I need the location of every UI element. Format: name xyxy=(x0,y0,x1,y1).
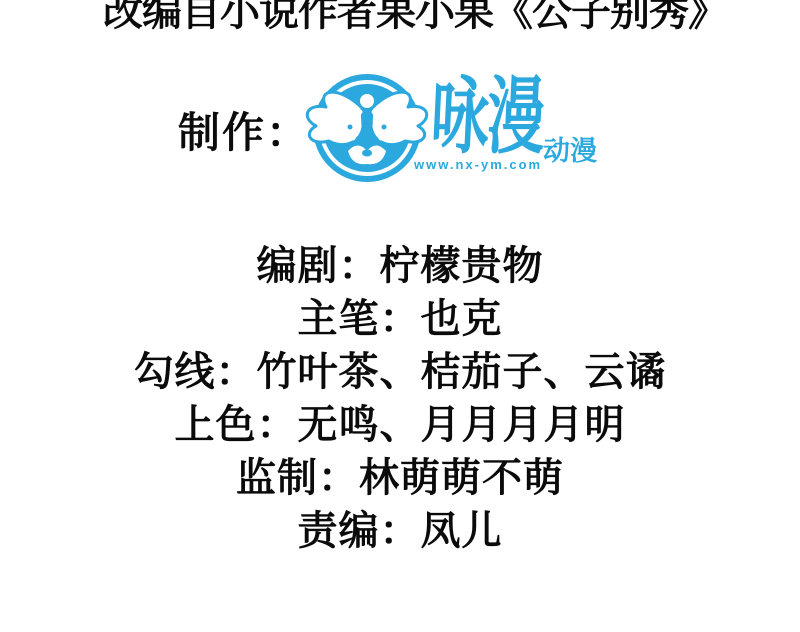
credit-line-supervisor: 监制：林萌萌不萌 xyxy=(0,452,800,505)
production-label: 制作： xyxy=(178,100,310,160)
credit-line-lead-artist: 主笔：也克 xyxy=(0,293,800,346)
credit-line-coloring: 上色：无鸣、月月月月明 xyxy=(0,399,800,452)
logo-website-url: www.nx-ym.com xyxy=(414,157,542,172)
credit-line-editor: 责编：凤儿 xyxy=(0,505,800,558)
credit-line-lineart: 勾线：竹叶茶、桔茄子、云谲 xyxy=(0,346,800,399)
credits-list: 编剧：柠檬贵物 主笔：也克 勾线：竹叶茶、桔茄子、云谲 上色：无鸣、月月月月明 … xyxy=(0,240,800,558)
logo-brand-suffix-text: 动漫 xyxy=(543,138,597,165)
credit-line-screenwriter: 编剧：柠檬贵物 xyxy=(0,240,800,293)
studio-logo: 咏漫 动漫 www.nx-ym.com xyxy=(300,70,600,188)
comic-credits-page: 改编自小说作者果小果《公子别秀》 制作： 咏漫 动漫 www.nx-ym.com xyxy=(0,0,800,632)
adaptation-note: 改编自小说作者果小果《公子别秀》 xyxy=(103,0,727,37)
logo-brand-text: 咏漫 xyxy=(429,76,545,160)
